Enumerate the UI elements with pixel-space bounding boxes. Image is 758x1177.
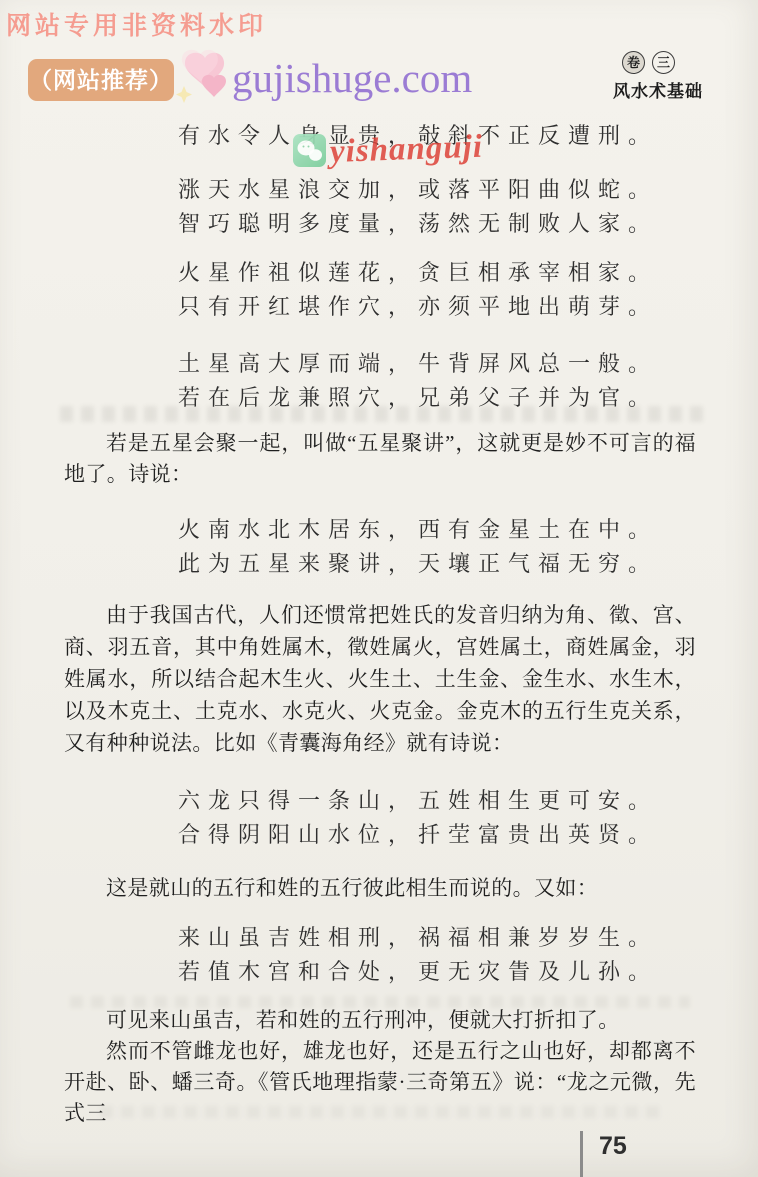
paragraph: 若是五星会聚一起，叫做“五星聚讲”，这就更是妙不可言的福地了。诗说： [64,428,696,490]
watermark-top-text: 网站专用非资料水印 [6,6,267,42]
verse-line: 涨天水星浪交加，或落平阳曲似蛇。 [178,173,718,207]
volume-badges: 卷 三 [622,51,675,74]
site-recommend-badge: （网站推荐） [28,59,174,101]
paragraph: 由于我国古代，人们还惯常把姓氏的发音归纳为角、徵、宫、商、羽五音，其中角姓属木，… [64,599,696,759]
verse-group: 土星高大厚而端，牛背屏风总一般。 若在后龙兼照穴，兄弟父子并为官。 [178,347,718,415]
verse-line: 火星作祖似莲花，贪巨相承宰相家。 [178,256,718,290]
verse-line: 火南水北木居东，西有金星土在中。 [178,513,718,547]
paragraph: 这是就山的五行和姓的五行彼此相生而说的。又如： [64,873,696,904]
page-number: 75 [599,1132,627,1161]
bleedthrough-band [70,996,690,1008]
bleedthrough-band [100,1106,660,1118]
wechat-icon [293,134,326,167]
verse-group: 火南水北木居东，西有金星土在中。 此为五星来聚讲，天壤正气福无穷。 [178,513,718,581]
verse-group: 来山虽吉姓相刑，祸福相兼岁岁生。 若值木宫和合处，更无灾眚及儿孙。 [178,921,718,989]
site-logo-text: gujishuge.com [232,54,472,102]
verse-line: 来山虽吉姓相刑，祸福相兼岁岁生。 [178,921,718,955]
verse-line: 六龙只得一条山，五姓相生更可安。 [178,784,718,818]
paragraph: 可见来山虽吉，若和姓的五行刑冲，便就大打折扣了。 [64,1005,696,1036]
volume-badge-juan: 卷 [622,51,645,74]
page-number-divider [580,1131,583,1177]
bleedthrough-band [60,406,705,422]
verse-line: 智巧聪明多度量，荡然无制败人家。 [178,207,718,241]
hearts-icon [172,42,238,108]
verse-line: 此为五星来聚讲，天壤正气福无穷。 [178,547,718,581]
verse-line: 若值木宫和合处，更无灾眚及儿孙。 [178,955,718,989]
verse-group: 涨天水星浪交加，或落平阳曲似蛇。 智巧聪明多度量，荡然无制败人家。 [178,173,718,241]
verse-line: 合得阴阳山水位，扦茔富贵出英贤。 [178,818,718,852]
book-title: 风水术基础 [613,77,703,102]
verse-line: 只有开红堪作穴，亦须平地出萌芽。 [178,290,718,324]
verse-group: 六龙只得一条山，五姓相生更可安。 合得阴阳山水位，扦茔富贵出英贤。 [178,784,718,852]
verse-line: 土星高大厚而端，牛背屏风总一般。 [178,347,718,381]
red-watermark-text: yishanguji [329,129,483,171]
volume-badge-san: 三 [652,51,675,74]
scanned-book-page: 网站专用非资料水印 （网站推荐） gujishuge.com 卷 三 风水术基础… [0,0,758,1177]
verse-group: 火星作祖似莲花，贪巨相承宰相家。 只有开红堪作穴，亦须平地出萌芽。 [178,256,718,324]
